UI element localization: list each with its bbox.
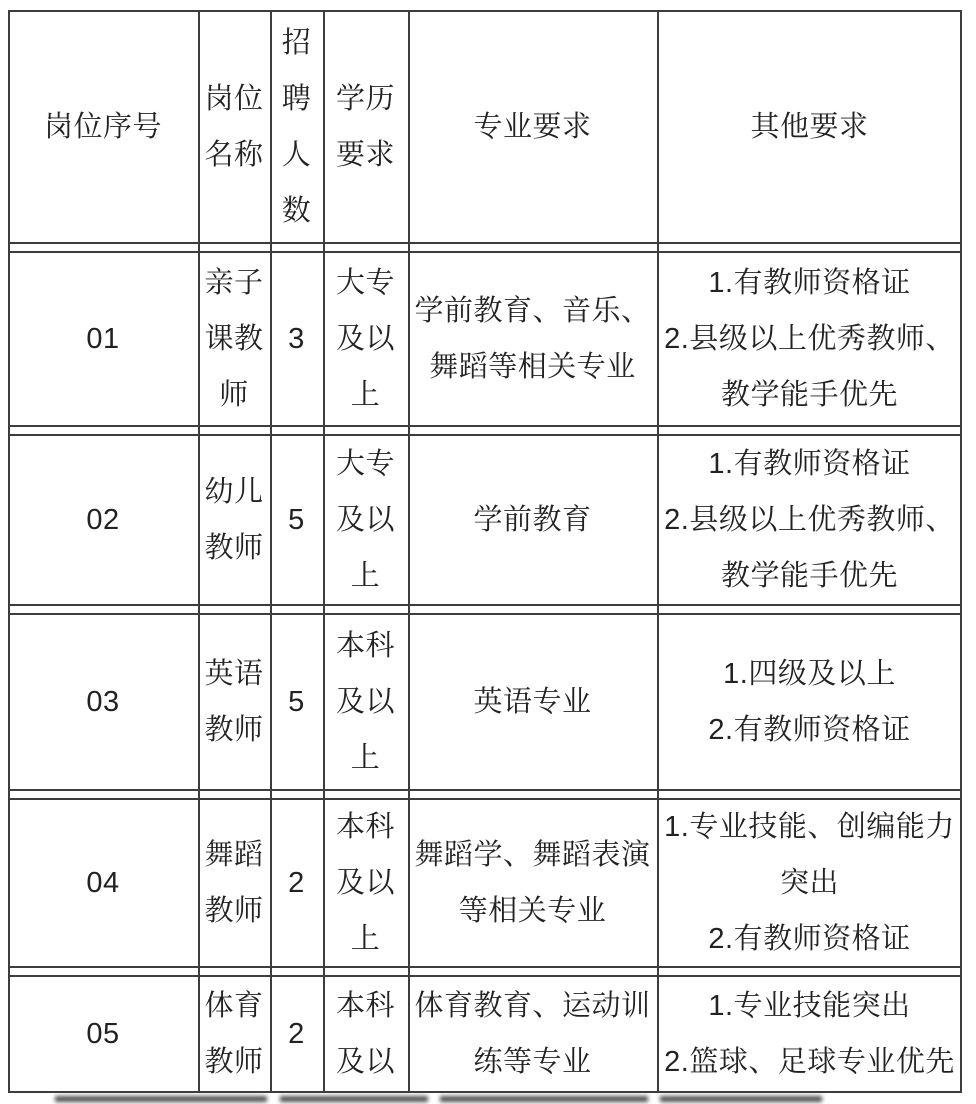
cell-major: 学前教育 [408,436,657,604]
cell-headcount: 5 [270,615,323,789]
cell-education: 本科及以 [323,977,408,1091]
column-header-headcount: 招聘人数 [270,12,323,242]
table-row: 04 舞蹈教师 2 本科及以上 舞蹈学、舞蹈表演等相关专业 1.专业技能、创编能… [8,798,962,968]
cell-position-no: 01 [8,253,198,425]
table-header-row: 岗位序号 岗位名称 招聘人数 学历要求 专业要求 其他要求 [8,10,962,244]
table-row: 02 幼儿教师 5 大专及以上 学前教育 1.有教师资格证 2.县级以上优秀教师… [8,434,962,606]
cell-position-no: 04 [8,800,198,966]
cell-headcount: 5 [270,436,323,604]
column-border [198,10,200,1093]
cell-headcount: 2 [270,800,323,966]
column-border [8,10,10,1093]
recruitment-table: 岗位序号 岗位名称 招聘人数 学历要求 专业要求 其他要求 01 亲子课教师 3… [8,10,962,1093]
cell-headcount: 3 [270,253,323,425]
cell-headcount: 2 [270,977,323,1091]
table-cutoff-shadow [660,1096,822,1102]
column-header-other: 其他要求 [657,12,962,242]
cell-other: 1.有教师资格证 2.县级以上优秀教师、教学能手优先 [657,253,962,425]
cell-position-name: 亲子课教师 [198,253,270,425]
column-header-position-no: 岗位序号 [8,12,198,242]
cell-position-name: 舞蹈教师 [198,800,270,966]
cell-major: 舞蹈学、舞蹈表演等相关专业 [408,800,657,966]
column-border [323,10,325,1093]
cell-position-name: 英语教师 [198,615,270,789]
other-requirement-item: 1.有教师资格证 [657,436,962,492]
other-requirement-item: 2.县级以上优秀教师、教学能手优先 [657,492,962,604]
cell-education: 大专及以上 [323,253,408,425]
cell-education: 本科及以上 [323,800,408,966]
cell-position-no: 02 [8,436,198,604]
other-requirement-item: 1.四级及以上 [657,646,962,702]
cell-position-name: 体育教师 [198,977,270,1091]
table-row: 05 体育教师 2 本科及以 体育教育、运动训练等专业 1.专业技能突出 2.篮… [8,975,962,1093]
other-requirement-item: 2.篮球、足球专业优先 [657,1034,962,1090]
table-row: 01 亲子课教师 3 大专及以上 学前教育、音乐、舞蹈等相关专业 1.有教师资格… [8,251,962,427]
cell-major: 体育教育、运动训练等专业 [408,977,657,1091]
column-header-education: 学历要求 [323,12,408,242]
other-requirement-item: 1.有教师资格证 [657,255,962,311]
cell-major: 英语专业 [408,615,657,789]
other-requirement-item: 2.有教师资格证 [657,702,962,758]
cell-position-name: 幼儿教师 [198,436,270,604]
cell-education: 大专及以上 [323,436,408,604]
other-requirement-item: 1.专业技能、创编能力突出 [657,800,962,911]
other-requirement-item: 1.专业技能突出 [657,978,962,1034]
column-header-major: 专业要求 [408,12,657,242]
cell-other: 1.专业技能、创编能力突出 2.有教师资格证 [657,800,962,966]
cell-other: 1.四级及以上 2.有教师资格证 [657,615,962,789]
table-cutoff-shadow [440,1096,648,1102]
cell-education: 本科及以上 [323,615,408,789]
column-border [657,10,659,1093]
other-requirement-item: 2.有教师资格证 [657,911,962,966]
cell-major: 学前教育、音乐、舞蹈等相关专业 [408,253,657,425]
column-border [270,10,272,1093]
table-cutoff-shadow [55,1096,267,1102]
table-cutoff-shadow [280,1096,428,1102]
cell-position-no: 05 [8,977,198,1091]
cell-other: 1.有教师资格证 2.县级以上优秀教师、教学能手优先 [657,436,962,604]
table-row: 03 英语教师 5 本科及以上 英语专业 1.四级及以上 2.有教师资格证 [8,613,962,791]
cell-position-no: 03 [8,615,198,789]
cell-other: 1.专业技能突出 2.篮球、足球专业优先 [657,977,962,1091]
column-header-position-name: 岗位名称 [198,12,270,242]
other-requirement-item: 2.县级以上优秀教师、教学能手优先 [657,311,962,423]
column-border [408,10,410,1093]
column-border [960,10,962,1093]
